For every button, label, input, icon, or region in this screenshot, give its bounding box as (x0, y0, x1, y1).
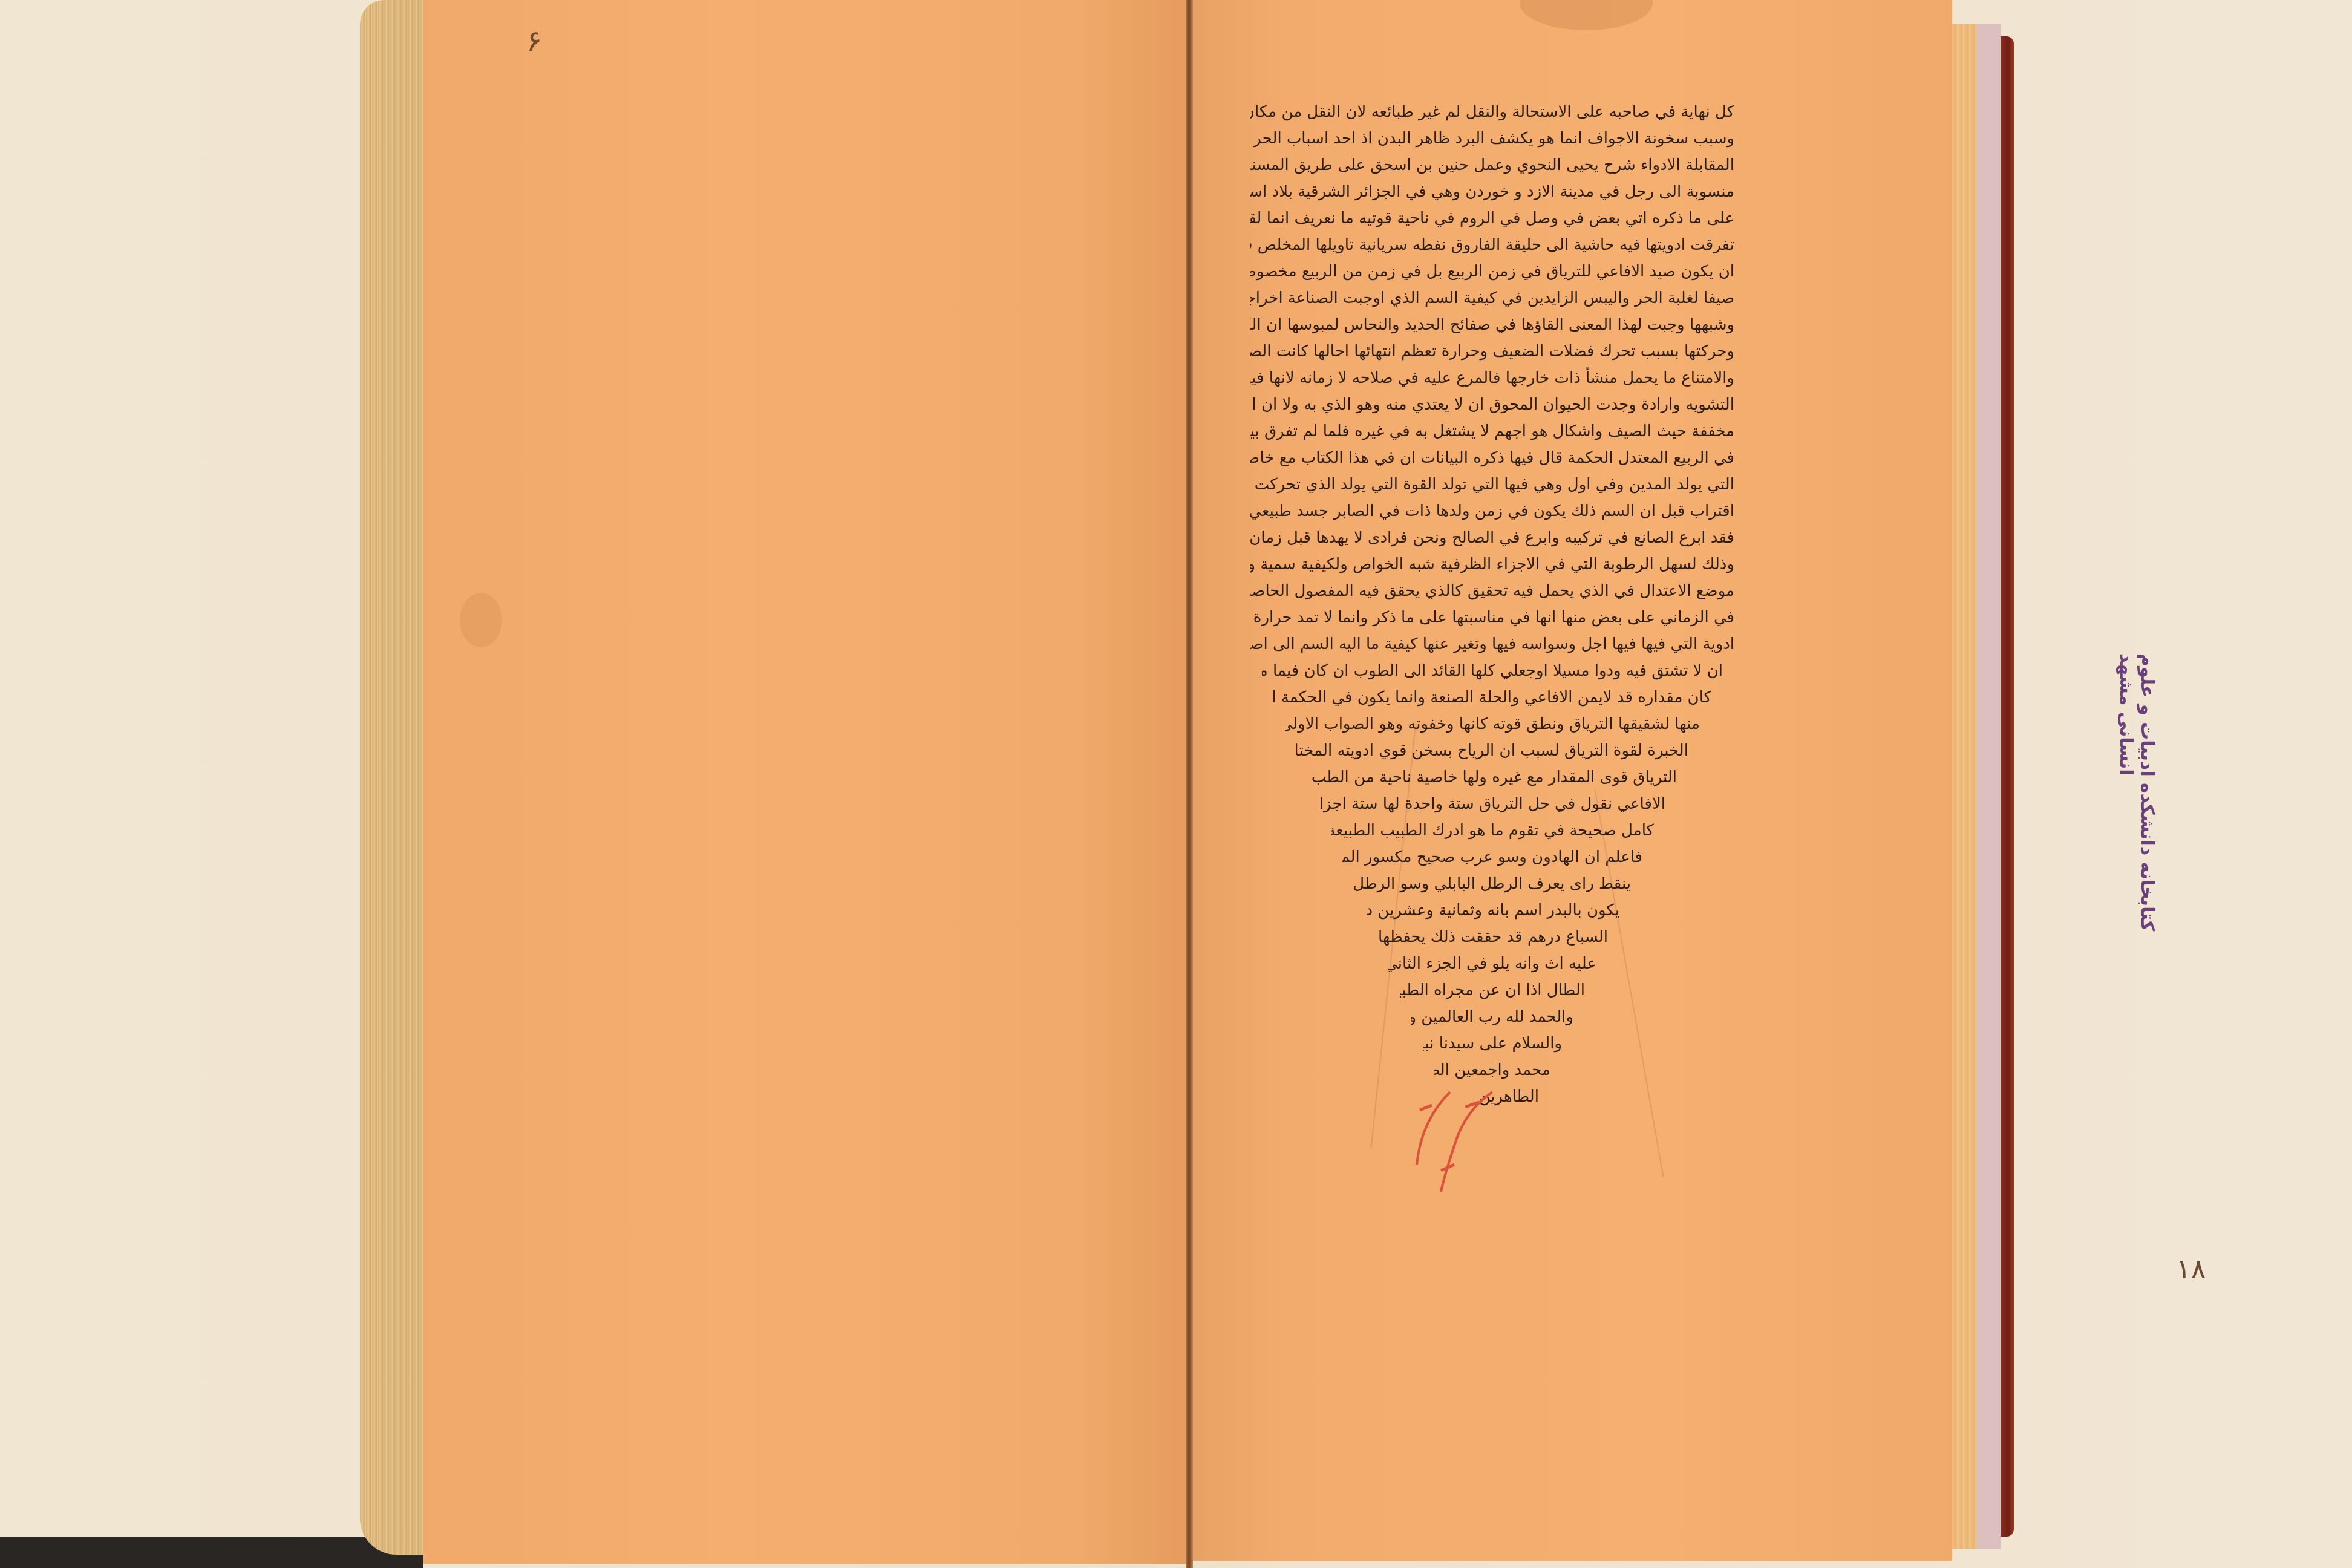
book-gutter (1186, 0, 1193, 1568)
manuscript-line: محمد واجمعين الطيبين (1434, 1058, 1550, 1083)
open-manuscript: ۶ كل نهاية في صاحبه على الاستحالة والنقل… (360, 0, 1996, 1568)
manuscript-line: والسلام على سيدنا نبينا (1423, 1031, 1562, 1056)
flyleaf (1976, 24, 2001, 1549)
manuscript-line: الخبرة لقوة الترياق لسبب ان الرياح بسخن … (1296, 739, 1688, 763)
right-page: كل نهاية في صاحبه على الاستحالة والنقل ل… (1193, 0, 1952, 1561)
red-leather-cover (2001, 36, 2014, 1537)
manuscript-line: اقتراب قبل ان السم ذلك يكون في زمن ولدها… (1250, 499, 1734, 524)
manuscript-line: الطال اذا ان عن مجراه الطبيع بطل عمله (1400, 978, 1585, 1003)
manuscript-line: منسوبة الى رجل في مدينة الازد و خوردن وه… (1250, 180, 1734, 204)
manuscript-line: والحمد لله رب العالمين والصلوة (1411, 1005, 1573, 1030)
manuscript-text-block: كل نهاية في صاحبه على الاستحالة والنقل ل… (1250, 100, 1734, 1113)
manuscript-line: كامل صحيحة في تقوم ما هو ادرك الطبيب الط… (1331, 818, 1654, 843)
manuscript-line: منها لشقيقها الترياق ونطق قوته كانها وخف… (1285, 712, 1700, 737)
manuscript-line: وذلك لسهل الرطوبة التي في الاجزاء الظرفي… (1250, 552, 1734, 577)
manuscript-line: وشبهها وجبت لهذا المعنى القاؤها في صفائح… (1250, 313, 1734, 338)
manuscript-line: الترياق قوى المقدار مع غيره ولها خاصية ن… (1308, 765, 1677, 790)
manuscript-line: في الربيع المعتدل الحكمة قال فيها ذكره ا… (1250, 446, 1734, 471)
manuscript-line: السباع درهم قد حققت ذلك يحفظها بليغا فلي… (1377, 925, 1608, 950)
red-ink-closing-mark (1408, 1086, 1504, 1195)
manuscript-line: وسبب سخونة الاجواف انما هو يكشف البرد ظا… (1250, 126, 1734, 151)
manuscript-line: كان مقداره قد لايمن الافاعي والحلة الصنع… (1273, 685, 1711, 710)
paper-stain (460, 593, 502, 647)
manuscript-line: على ما ذكره اتي بعض في وصل في الروم في ن… (1250, 206, 1734, 231)
page-edges-right (1952, 24, 1976, 1549)
right-folio-number: ۱۸ (2176, 1252, 2206, 1285)
manuscript-line: التشويه وارادة وجدت الحيوان المحوق ان لا… (1250, 393, 1734, 417)
manuscript-line: ينقط راى يعرف الرطل البابلي وسو الرطل ال… (1354, 872, 1631, 897)
page-edges-left (360, 0, 426, 1555)
manuscript-line: تفرقت ادويتها فيه حاشية الى حليقة الفارو… (1250, 233, 1734, 258)
manuscript-line: ان لا تشتق فيه ودوا مسيلا اوجعلي كلها ال… (1262, 659, 1723, 684)
paper-stain (1520, 0, 1653, 30)
manuscript-line: فقد ابرع الصانع في تركيبه وابرع في الصال… (1250, 526, 1734, 550)
manuscript-line: موضع الاعتدال في الذي يحمل فيه تحقيق كال… (1250, 579, 1734, 604)
manuscript-line: الافاعي نقول في حل الترياق ستة واحدة لها… (1319, 792, 1665, 817)
manuscript-line: التي يولد المدين وفي اول وهي فيها التي ت… (1250, 472, 1734, 497)
manuscript-line: يكون بالبدر اسم بانه وثمانية وعشرين درهم… (1365, 898, 1619, 923)
manuscript-line: عليه اث وانه يلو في الجزء الثاني ان (1388, 952, 1596, 976)
manuscript-line: في الزماني على بعض منها انها في مناسبتها… (1250, 606, 1734, 630)
left-folio-number: ۶ (526, 24, 542, 58)
manuscript-line: وحركتها بسبب تحرك فضلات الضعيف وحرارة تع… (1250, 339, 1734, 364)
manuscript-line: كل نهاية في صاحبه على الاستحالة والنقل ل… (1250, 100, 1734, 125)
manuscript-line: فاعلم ان الهادون وسو عرب صحيح مكسور المي… (1342, 845, 1642, 870)
left-page: ۶ (423, 0, 1186, 1564)
manuscript-line: مخففة حيث الصيف واشكال هو اجهم لا يشتغل … (1250, 419, 1734, 444)
manuscript-line: ادوية التي فيها فيها اجل وسواسه فيها وتغ… (1250, 632, 1734, 657)
manuscript-line: والامتناع ما يحمل منشأ ذات خارجها فالمرع… (1250, 366, 1734, 391)
library-stamp: کتابخانه دانشکده ادبیات و علوم انسانی مش… (2128, 653, 2158, 968)
manuscript-line: صيفا لغلبة الحر واليبس الزايدين في كيفية… (1250, 286, 1734, 311)
manuscript-line: ان يكون صيد الافاعي للترياق في زمن الربي… (1250, 260, 1734, 284)
manuscript-line: المقابلة الادواء شرح يحيى النحوي وعمل حن… (1250, 153, 1734, 178)
